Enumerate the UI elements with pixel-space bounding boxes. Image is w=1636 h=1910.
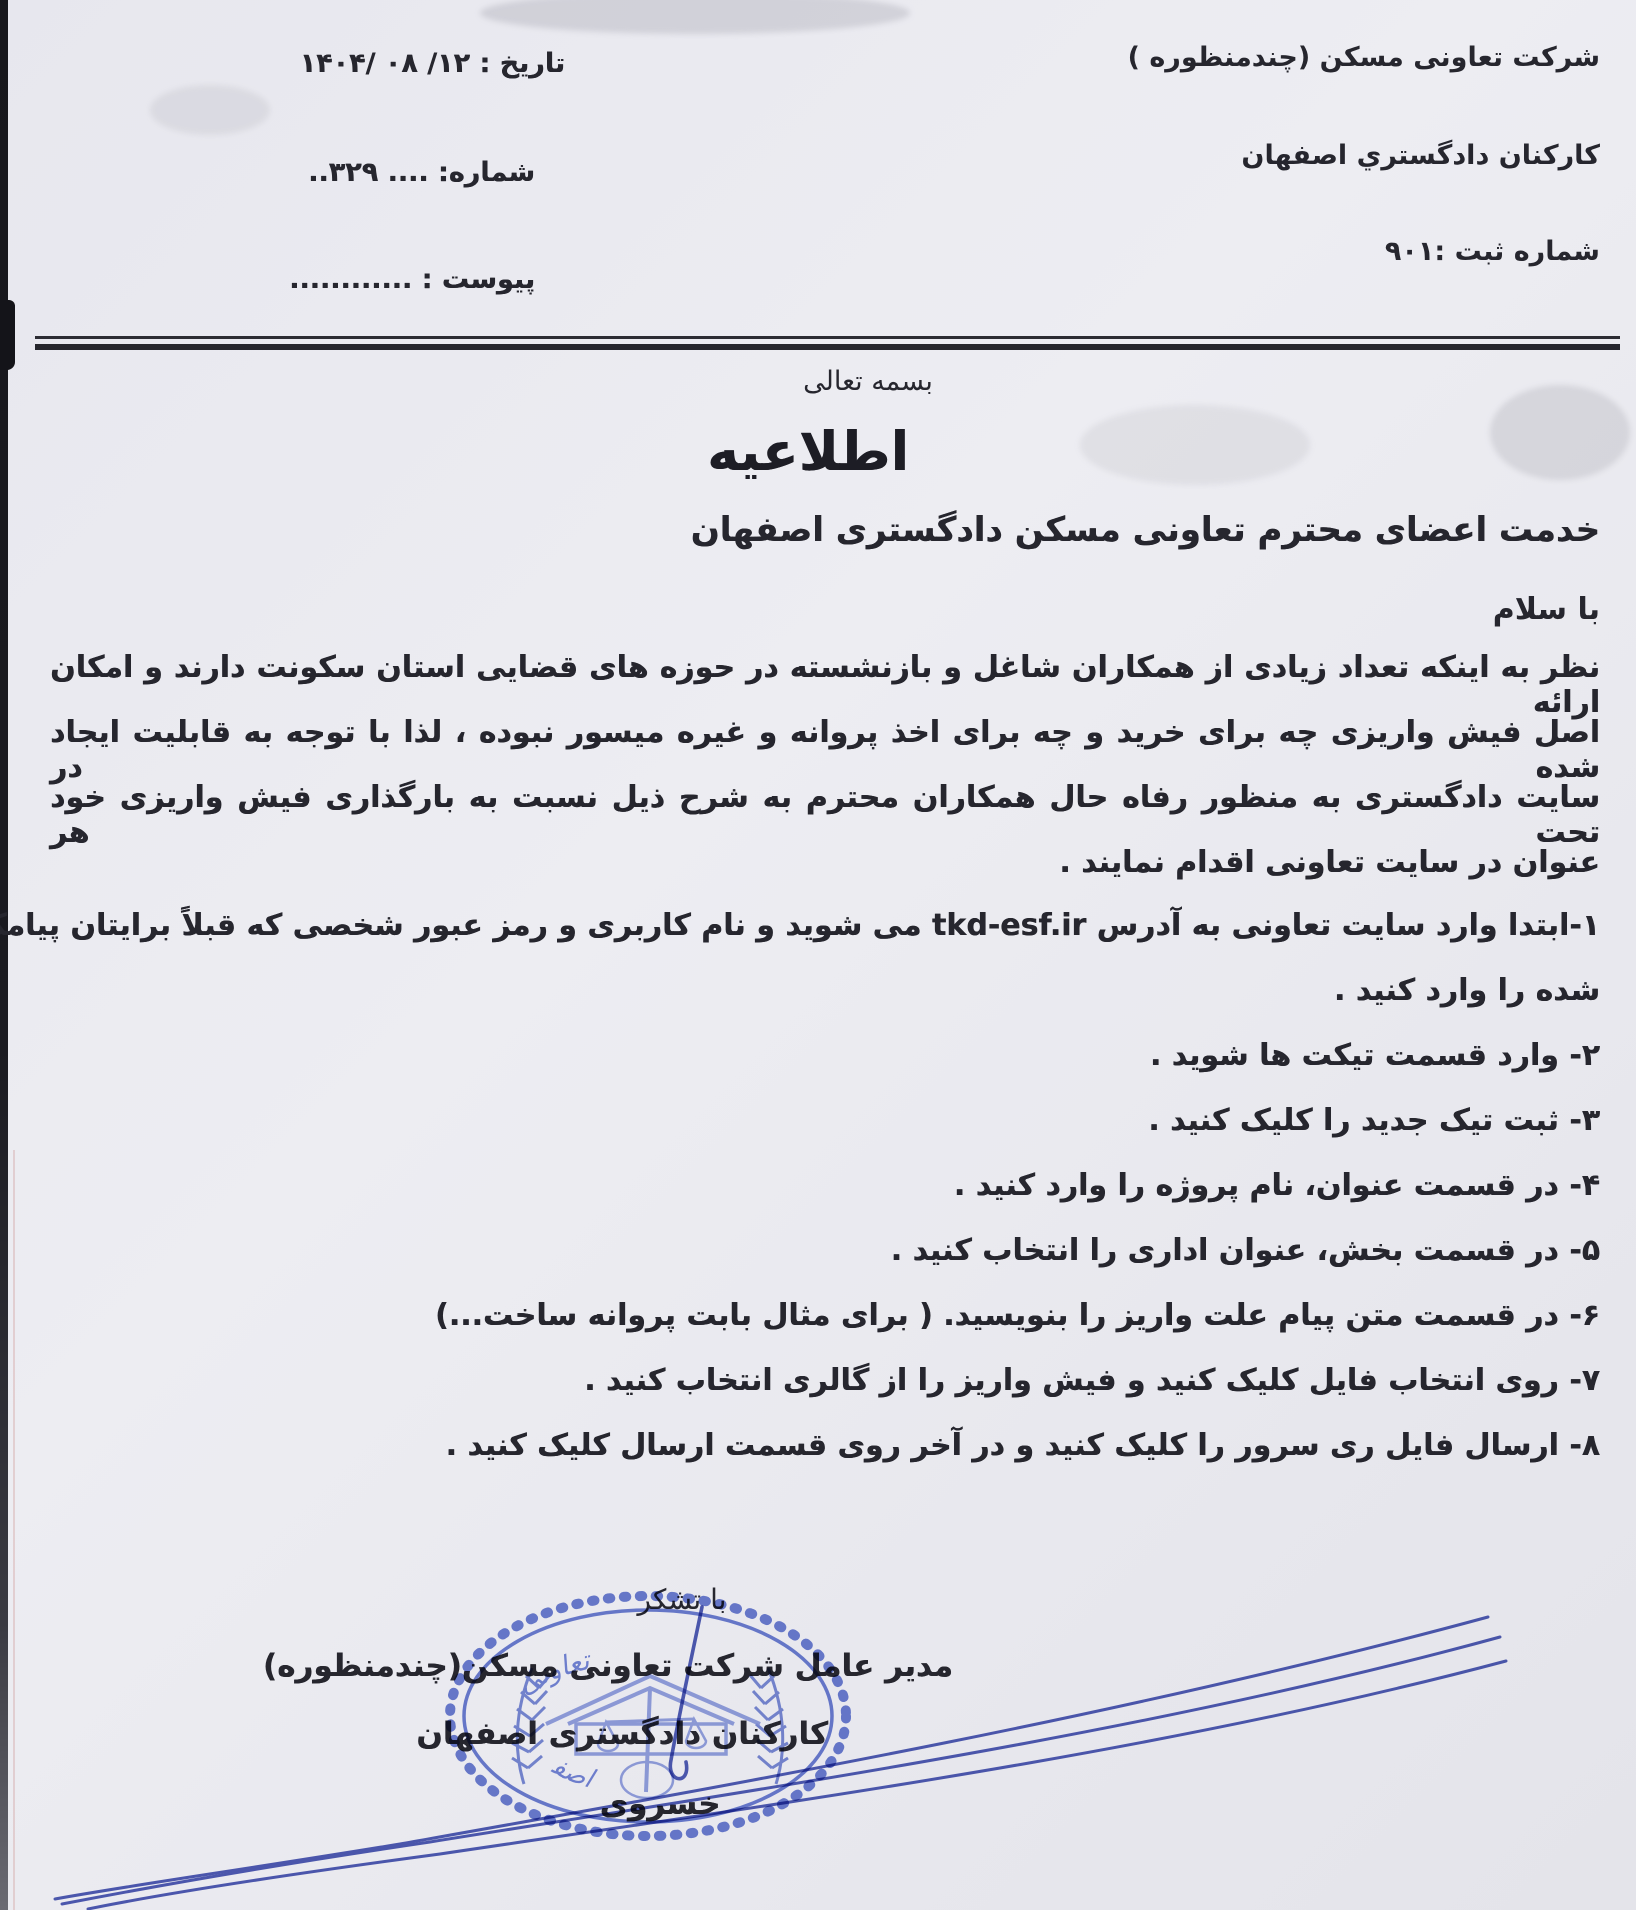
letter-attachment: پیوست : ............ [105, 264, 535, 295]
notice-title: اطلاعیه [558, 420, 1058, 483]
signature-stroke [55, 1617, 1488, 1899]
scan-smudge-right [1490, 385, 1630, 480]
step-line-6: ۶- در قسمت متن پیام علت واریز را بنویسید… [435, 1298, 1600, 1333]
step-line-2: ۲- وارد قسمت تیکت ها شوید . [1150, 1038, 1600, 1073]
step-line-1: ۱-ابتدا وارد سایت تعاونی به آدرس tkd-esf… [0, 908, 1600, 943]
step-line-7: ۷- روی انتخاب فایل کلیک کنید و فیش واریز… [584, 1363, 1600, 1398]
scan-smudge-left [150, 85, 270, 135]
addressee-heading: خدمت اعضای محترم تعاونی مسکن دادگستری اص… [691, 510, 1600, 550]
scan-edge-blotch [0, 300, 15, 370]
letter-date: تاریخ : ۱۲/ ۰۸ /۱۴۰۴ [105, 48, 565, 79]
besmele-text: بسمه تعالی [618, 366, 1118, 397]
step-line-1-continued: شده را وارد کنید . [1334, 973, 1600, 1008]
paragraph-line: نظر به اینکه تعداد زیادی از همکاران شاغل… [50, 650, 1600, 720]
letterhead-registration-number: شماره ثبت :۹۰۱ [1385, 236, 1600, 267]
scanned-letter-page: شرکت تعاونی مسکن (چندمنظوره ) کارکنان دا… [0, 0, 1636, 1910]
pen-signature-strokes [0, 1555, 1636, 1910]
greeting-text: با سلام [1493, 592, 1600, 627]
signature-stroke [88, 1661, 1506, 1909]
letterhead-company-name: شرکت تعاونی مسکن (چندمنظوره ) [1128, 42, 1600, 73]
signature-flourish [670, 1607, 702, 1779]
letterhead-organization: کارکنان دادگستري اصفهان [1241, 140, 1600, 171]
scan-smudge-top [480, 0, 910, 34]
divider-rule-thick [35, 344, 1620, 350]
step-line-8: ۸- ارسال فایل ری سرور را کلیک کنید و در … [445, 1428, 1600, 1463]
step-line-3: ۳- ثبت تیک جدید را کلیک کنید . [1148, 1103, 1600, 1138]
divider-rule-thin [35, 336, 1620, 339]
scan-smudge-mid [1080, 405, 1310, 485]
step-line-4: ۴- در قسمت عنوان، نام پروژه را وارد کنید… [954, 1168, 1600, 1203]
paragraph-line: عنوان در سایت تعاونی اقدام نمایند . [1059, 845, 1600, 880]
paragraph-line: سایت دادگستری به منظور رفاه حال همکاران … [50, 780, 1600, 850]
paragraph-line: اصل فیش واریزی چه برای خرید و چه برای اخ… [50, 715, 1600, 785]
step-line-5: ۵- در قسمت بخش، عنوان اداری را انتخاب کن… [891, 1233, 1600, 1268]
letter-number: شماره: .... ۳۲۹.. [105, 157, 535, 188]
